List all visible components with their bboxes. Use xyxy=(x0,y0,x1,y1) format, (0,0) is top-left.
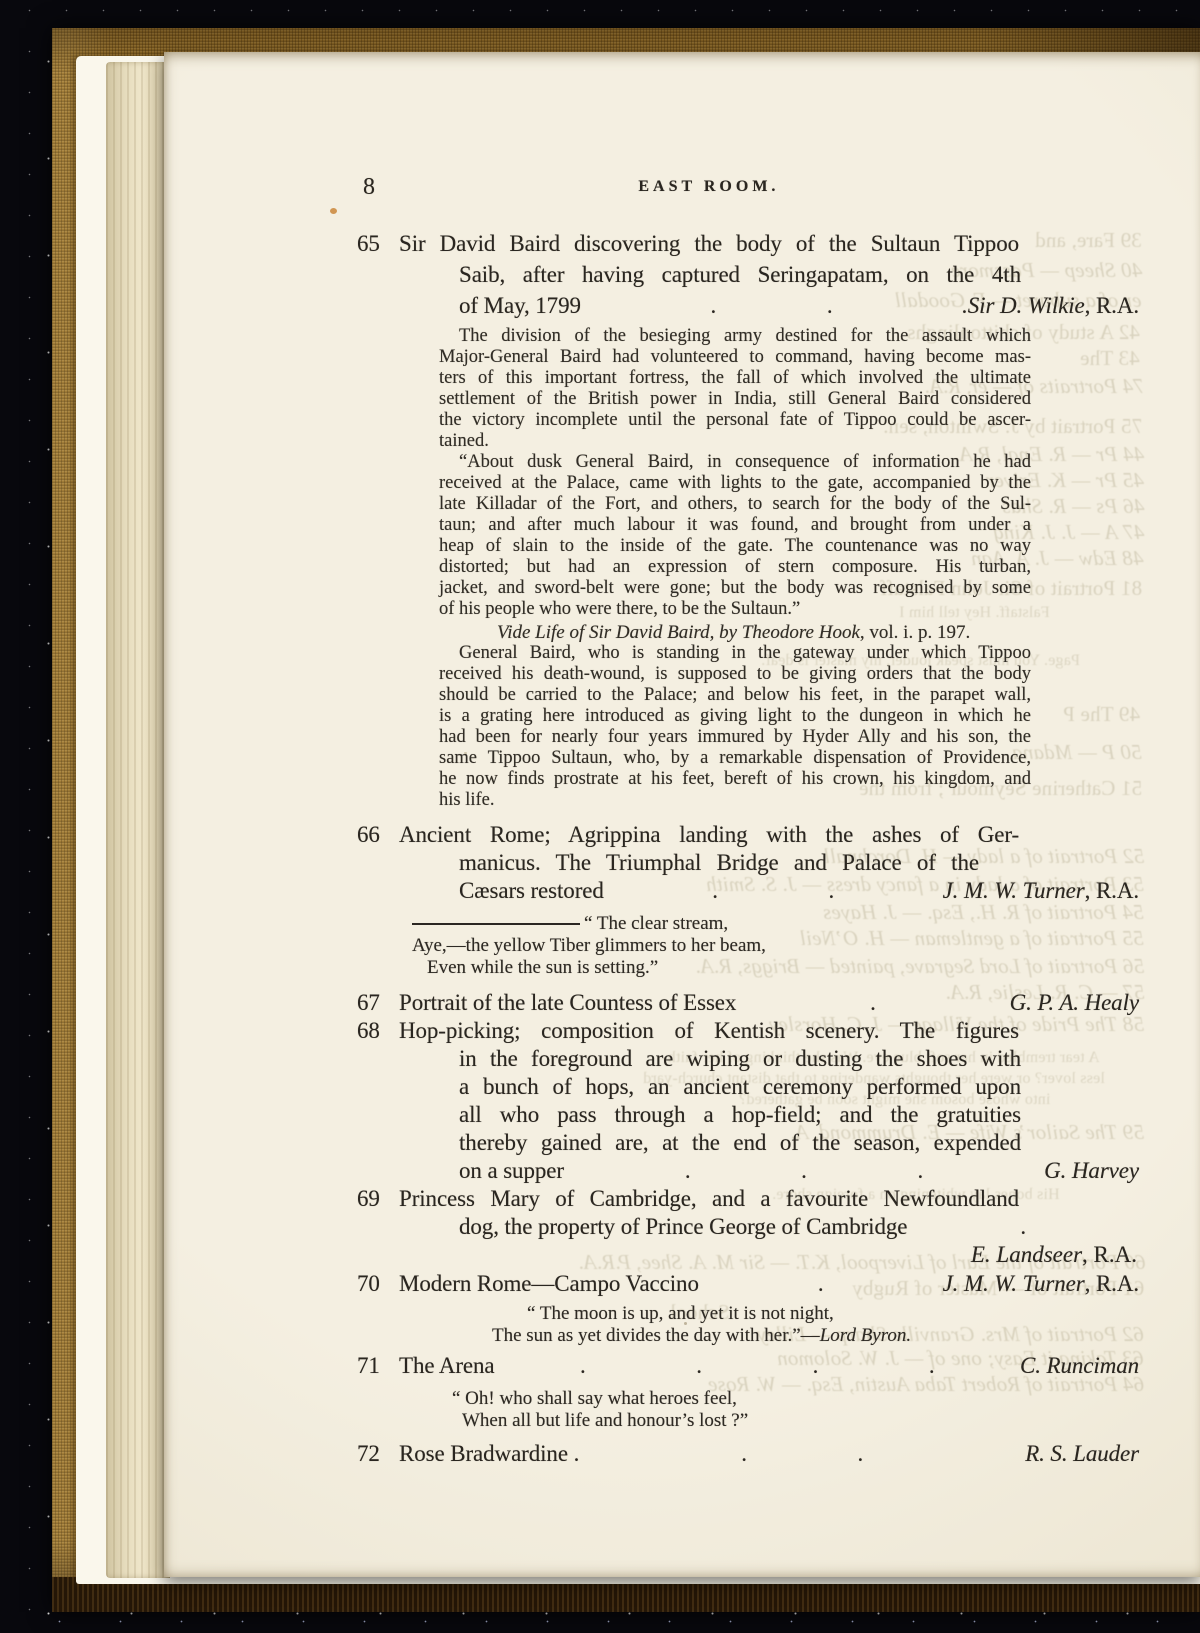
entry-number: 66 xyxy=(357,821,399,849)
entry-title-line: 69 Princess Mary of Cambridge, and a fav… xyxy=(357,1185,1139,1213)
title-text: Saib, after having captured Seringapatam… xyxy=(459,259,1021,290)
title-text: all who pass through a hop-field; and th… xyxy=(459,1101,1021,1129)
leader-dots: . xyxy=(699,1270,943,1298)
quote-line: Aye,—the yellow Tiber glimmers to her be… xyxy=(412,935,1139,957)
leader-dots: . xyxy=(907,1213,1139,1241)
entry-number: 69 xyxy=(357,1185,399,1213)
quote-rule xyxy=(412,923,580,925)
entry-title-line: 68 Hop-picking; composition of Kentish s… xyxy=(357,1017,1139,1045)
title-text: a bunch of hops, an ancient ceremony per… xyxy=(459,1073,1021,1101)
catalog-entry-68: 68 Hop-picking; composition of Kentish s… xyxy=(357,1017,1139,1185)
quote-line: Even while the sun is setting.” xyxy=(412,957,1139,979)
annotation-line: received his death-wound, is supposed to… xyxy=(439,664,1031,685)
annotation-line: should be carried to the Palace; and bel… xyxy=(439,685,1031,706)
annotation-line: the victory incomplete until the persona… xyxy=(439,410,1031,431)
catalog-entry-70: 70 Modern Rome—Campo Vaccino . J. M. W. … xyxy=(357,1270,1139,1347)
entry-title-line: 71 The Arena . . . . C. Runciman xyxy=(357,1352,1139,1380)
entry-number: 72 xyxy=(357,1440,399,1468)
annotation-line: General Baird, who is standing in the ga… xyxy=(439,643,1031,664)
title-text: Princess Mary of Cambridge, and a favour… xyxy=(399,1185,1019,1213)
catalogue-page: 39 Fare, and40 Sheep — Passmoreer of a s… xyxy=(164,52,1200,1577)
verse-quote: “ The moon is up, and yet it is not nigh… xyxy=(492,1303,1139,1347)
title-text: Rose Bradwardine . xyxy=(399,1440,579,1468)
catalog-entry-67: 67 Portrait of the late Countess of Esse… xyxy=(357,989,1139,1017)
annotation-line: “About dusk General Baird, in consequenc… xyxy=(439,452,1031,473)
annotation-line: heap of slain to the inside of the gate.… xyxy=(439,536,1031,557)
printed-text-column: 8 EAST ROOM. 65 Sir David Baird discover… xyxy=(357,172,1139,1468)
annotation-line: distorted; but had an expression of ster… xyxy=(439,557,1031,578)
title-text: of May, 1799 xyxy=(459,290,581,321)
entry-annotation-paragraph: “About dusk General Baird, in consequenc… xyxy=(439,452,1031,620)
leader-dots: . . xyxy=(579,1440,1025,1468)
annotation-line: late Killadar of the Fort, and others, t… xyxy=(439,494,1031,515)
entry-title-line: dog, the property of Prince George of Ca… xyxy=(357,1213,1139,1241)
title-text: manicus. The Triumphal Bridge and Palace… xyxy=(459,849,979,877)
entry-number: 71 xyxy=(357,1352,399,1380)
title-text: thereby gained are, at the end of the se… xyxy=(459,1129,1021,1157)
annotation-line: of his people who were there, to be the … xyxy=(439,599,1031,620)
artist-attribution: E. Landseer, R.A. xyxy=(357,1241,1139,1268)
entry-number: 68 xyxy=(357,1017,399,1045)
quote-line: “ Oh! who shall say what heroes feel, xyxy=(452,1388,1139,1410)
entry-title-line: 66 Ancient Rome; Agrippina landing with … xyxy=(357,821,1139,849)
verse-quote: “ The clear stream, Aye,—the yellow Tibe… xyxy=(412,913,1139,979)
entry-title-line: 65 Sir David Baird discovering the body … xyxy=(357,228,1139,259)
title-text: Sir David Baird discovering the body of … xyxy=(399,228,1019,259)
annotation-line: Major-General Baird had volunteered to c… xyxy=(439,347,1031,368)
entry-title-line: on a supper . . . G. Harvey xyxy=(357,1157,1139,1185)
verse-quote: “ Oh! who shall say what heroes feel, Wh… xyxy=(452,1388,1139,1432)
entry-title-line: 67 Portrait of the late Countess of Esse… xyxy=(357,989,1139,1017)
title-text: in the foreground are wiping or dusting … xyxy=(459,1045,1021,1073)
artist-attribution: R. S. Lauder xyxy=(1025,1440,1139,1468)
entry-title-line: of May, 1799 . . .Sir D. Wilkie, R.A. xyxy=(357,290,1139,321)
page-stain-speck xyxy=(330,208,337,214)
page-number: 8 xyxy=(363,174,375,201)
annotation-line: ters of this important fortress, the fal… xyxy=(439,368,1031,389)
catalog-entry-71: 71 The Arena . . . . C. Runciman “ Oh! w… xyxy=(357,1352,1139,1432)
entry-annotation-paragraph: The division of the besieging army desti… xyxy=(439,326,1031,452)
entry-title-line: 72 Rose Bradwardine . . . R. S. Lauder xyxy=(357,1440,1139,1468)
title-text: The Arena xyxy=(399,1352,495,1380)
annotation-line: same Tippoo Sultaun, who, by a remarkabl… xyxy=(439,748,1031,769)
entry-number: 70 xyxy=(357,1270,399,1298)
citation-line: Vide Life of Sir David Baird, by Theodor… xyxy=(439,622,1089,643)
annotation-line: tained. xyxy=(439,431,1031,452)
annotation-line: taun; and after much labour it was found… xyxy=(439,515,1031,536)
title-text: Portrait of the late Countess of Essex xyxy=(399,989,736,1017)
annotation-line: received at the Palace, came with lights… xyxy=(439,473,1031,494)
title-text: dog, the property of Prince George of Ca… xyxy=(459,1213,907,1241)
title-text: Hop-picking; composition of Kentish scen… xyxy=(399,1017,1019,1045)
title-text: Ancient Rome; Agrippina landing with the… xyxy=(399,821,1019,849)
artist-attribution: G. P. A. Healy xyxy=(1010,989,1139,1017)
catalog-entry-65: 65 Sir David Baird discovering the body … xyxy=(357,228,1139,811)
running-header: EAST ROOM. xyxy=(638,178,779,196)
annotation-line: settlement of the British power in India… xyxy=(439,389,1031,410)
entry-title-line: 70 Modern Rome—Campo Vaccino . J. M. W. … xyxy=(357,1270,1139,1298)
entry-title-line: Saib, after having captured Seringapatam… xyxy=(357,259,1139,290)
entry-number: 65 xyxy=(357,228,399,259)
entry-annotation-paragraph: General Baird, who is standing in the ga… xyxy=(439,643,1031,811)
leader-dots: . . xyxy=(604,877,943,905)
quote-line: The sun as yet divides the day with her.… xyxy=(492,1325,1139,1347)
annotation-line: his life. xyxy=(439,790,1031,811)
title-text: Cæsars restored xyxy=(459,877,604,905)
leader-dots: . . . xyxy=(564,1157,1044,1185)
artist-attribution: C. Runciman xyxy=(1020,1352,1139,1380)
annotation-line: had been for nearly four years immured b… xyxy=(439,727,1031,748)
annotation-line: jacket, and sword-belt were gone; but th… xyxy=(439,578,1031,599)
catalog-entry-72: 72 Rose Bradwardine . . . R. S. Lauder xyxy=(357,1440,1139,1468)
catalog-entry-69: 69 Princess Mary of Cambridge, and a fav… xyxy=(357,1185,1139,1268)
entry-title-line: Cæsars restored . . J. M. W. Turner, R.A… xyxy=(357,877,1139,905)
artist-attribution: G. Harvey xyxy=(1044,1157,1139,1185)
quote-line: “ The moon is up, and yet it is not nigh… xyxy=(492,1303,1139,1325)
quote-line: “ The clear stream, xyxy=(412,913,1139,935)
entry-number: 67 xyxy=(357,989,399,1017)
artist-attribution: J. M. W. Turner, R.A. xyxy=(943,877,1139,905)
catalog-entry-66: 66 Ancient Rome; Agrippina landing with … xyxy=(357,821,1139,979)
title-text: on a supper xyxy=(459,1157,564,1185)
page-edge-stack xyxy=(106,62,170,1578)
leader-dots: . . xyxy=(581,290,962,321)
leader-dots: . . . . xyxy=(495,1352,1020,1380)
page-header: 8 EAST ROOM. xyxy=(357,172,1139,206)
title-text: Modern Rome—Campo Vaccino xyxy=(399,1270,699,1298)
annotation-line: he now finds prostrate at his feet, bere… xyxy=(439,769,1031,790)
quote-line: When all but life and honour’s lost ?” xyxy=(452,1410,1139,1432)
entry-title-line: manicus. The Triumphal Bridge and Palace… xyxy=(357,849,1139,877)
annotation-line: is a grating here introduced as giving l… xyxy=(439,706,1031,727)
entry-title-line: in the foreground are wiping or dusting … xyxy=(357,1045,1139,1073)
entry-title-line: all who pass through a hop-field; and th… xyxy=(357,1101,1139,1129)
entry-title-line: thereby gained are, at the end of the se… xyxy=(357,1129,1139,1157)
artist-attribution: .Sir D. Wilkie, R.A. xyxy=(962,290,1139,321)
annotation-line: The division of the besieging army desti… xyxy=(439,326,1031,347)
artist-attribution: J. M. W. Turner, R.A. xyxy=(943,1270,1139,1298)
entry-title-line: a bunch of hops, an ancient ceremony per… xyxy=(357,1073,1139,1101)
leader-dots: . xyxy=(736,989,1009,1017)
